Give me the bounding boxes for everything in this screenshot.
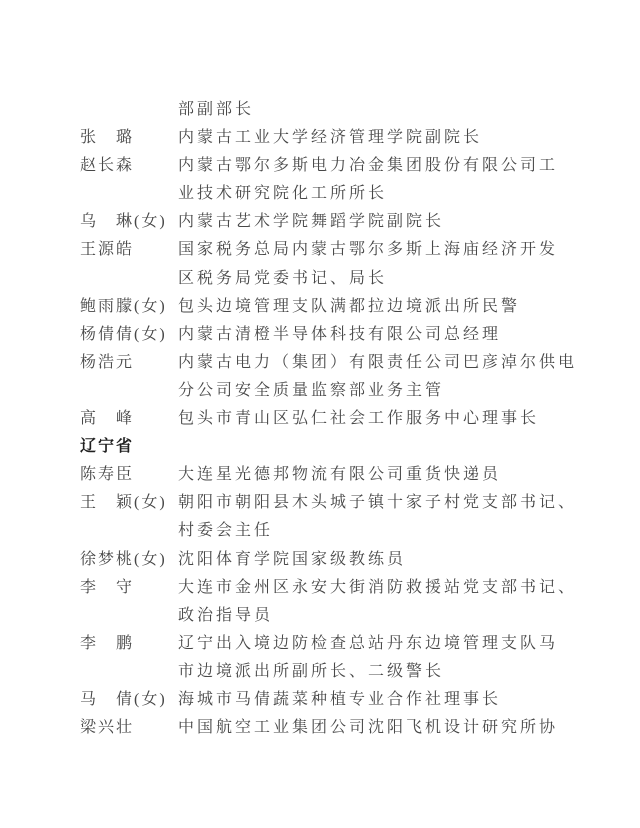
person-title-line: 政治指导员 (178, 602, 580, 630)
roster-row: 李 守 大连市金州区永安大街消防救援站党支部书记、政治指导员 (80, 574, 580, 630)
roster-row: 杨浩元 内蒙古电力（集团）有限责任公司巴彦淖尔供电分公司安全质量监察部业务主管 (80, 349, 580, 405)
person-title-line: 内蒙古电力（集团）有限责任公司巴彦淖尔供电 (178, 349, 580, 377)
roster-row: 部副部长 (80, 96, 580, 124)
person-title-line: 国家税务总局内蒙古鄂尔多斯上海庙经济开发 (178, 236, 580, 264)
person-title: 中国航空工业集团公司沈阳飞机设计研究所协 (178, 714, 580, 742)
person-name: 陈寿臣 (80, 461, 178, 489)
person-title-line: 沈阳体育学院国家级教练员 (178, 546, 580, 574)
person-title-line: 部副部长 (178, 96, 580, 124)
roster-row: 陈寿臣 大连星光德邦物流有限公司重货快递员 (80, 461, 580, 489)
person-title-line: 内蒙古清橙半导体科技有限公司总经理 (178, 321, 580, 349)
person-title: 沈阳体育学院国家级教练员 (178, 546, 580, 574)
roster-list: 部副部长 张 璐 内蒙古工业大学经济管理学院副院长 赵长森 内蒙古鄂尔多斯电力冶… (80, 96, 580, 742)
person-title-line: 大连市金州区永安大街消防救援站党支部书记、 (178, 574, 580, 602)
person-name: 李 守 (80, 574, 178, 602)
person-title: 海城市马倩蔬菜种植专业合作社理事长 (178, 686, 580, 714)
person-title: 部副部长 (178, 96, 580, 124)
roster-row: 梁兴壮 中国航空工业集团公司沈阳飞机设计研究所协 (80, 714, 580, 742)
person-title: 内蒙古鄂尔多斯电力冶金集团股份有限公司工业技术研究院化工所所长 (178, 152, 580, 208)
roster-row: 赵长森 内蒙古鄂尔多斯电力冶金集团股份有限公司工业技术研究院化工所所长 (80, 152, 580, 208)
person-title: 内蒙古电力（集团）有限责任公司巴彦淖尔供电分公司安全质量监察部业务主管 (178, 349, 580, 405)
person-name: 高 峰 (80, 405, 178, 433)
person-title: 内蒙古艺术学院舞蹈学院副院长 (178, 208, 580, 236)
roster-row: 高 峰 包头市青山区弘仁社会工作服务中心理事长 (80, 405, 580, 433)
roster-row: 徐梦桃(女) 沈阳体育学院国家级教练员 (80, 546, 580, 574)
person-name: 张 璐 (80, 124, 178, 152)
person-title-line: 包头市青山区弘仁社会工作服务中心理事长 (178, 405, 580, 433)
person-title: 包头市青山区弘仁社会工作服务中心理事长 (178, 405, 580, 433)
person-title-line: 分公司安全质量监察部业务主管 (178, 377, 580, 405)
roster-row: 马 倩(女) 海城市马倩蔬菜种植专业合作社理事长 (80, 686, 580, 714)
person-name: 杨浩元 (80, 349, 178, 377)
person-title: 大连星光德邦物流有限公司重货快递员 (178, 461, 580, 489)
roster-row: 王 颖(女) 朝阳市朝阳县木头城子镇十家子村党支部书记、村委会主任 (80, 489, 580, 545)
roster-row: 张 璐 内蒙古工业大学经济管理学院副院长 (80, 124, 580, 152)
person-title: 国家税务总局内蒙古鄂尔多斯上海庙经济开发区税务局党委书记、局长 (178, 236, 580, 292)
person-title-line: 中国航空工业集团公司沈阳飞机设计研究所协 (178, 714, 580, 742)
person-title-line: 内蒙古鄂尔多斯电力冶金集团股份有限公司工 (178, 152, 580, 180)
person-name: 赵长森 (80, 152, 178, 180)
person-title-line: 朝阳市朝阳县木头城子镇十家子村党支部书记、 (178, 489, 580, 517)
person-title-line: 市边境派出所副所长、二级警长 (178, 658, 580, 686)
person-title-line: 海城市马倩蔬菜种植专业合作社理事长 (178, 686, 580, 714)
person-title-line: 辽宁出入境边防检查总站丹东边境管理支队马 (178, 630, 580, 658)
person-title-line: 大连星光德邦物流有限公司重货快递员 (178, 461, 580, 489)
person-name: 徐梦桃(女) (80, 546, 178, 574)
person-title: 内蒙古清橙半导体科技有限公司总经理 (178, 321, 580, 349)
person-title-line: 业技术研究院化工所所长 (178, 180, 580, 208)
person-title: 大连市金州区永安大街消防救援站党支部书记、政治指导员 (178, 574, 580, 630)
person-name: 王源皓 (80, 236, 178, 264)
person-name: 李 鹏 (80, 630, 178, 658)
roster-row: 王源皓 国家税务总局内蒙古鄂尔多斯上海庙经济开发区税务局党委书记、局长 (80, 236, 580, 292)
person-title-line: 内蒙古艺术学院舞蹈学院副院长 (178, 208, 580, 236)
roster-row: 乌 琳(女) 内蒙古艺术学院舞蹈学院副院长 (80, 208, 580, 236)
person-title: 朝阳市朝阳县木头城子镇十家子村党支部书记、村委会主任 (178, 489, 580, 545)
person-title-line: 区税务局党委书记、局长 (178, 265, 580, 293)
person-title-line: 包头边境管理支队满都拉边境派出所民警 (178, 293, 580, 321)
person-title-line: 内蒙古工业大学经济管理学院副院长 (178, 124, 580, 152)
person-title: 辽宁出入境边防检查总站丹东边境管理支队马市边境派出所副所长、二级警长 (178, 630, 580, 686)
person-name: 乌 琳(女) (80, 208, 178, 236)
person-name: 马 倩(女) (80, 686, 178, 714)
person-title: 内蒙古工业大学经济管理学院副院长 (178, 124, 580, 152)
person-name: 王 颖(女) (80, 489, 178, 517)
person-name: 鲍雨朦(女) (80, 293, 178, 321)
document-page: 部副部长 张 璐 内蒙古工业大学经济管理学院副院长 赵长森 内蒙古鄂尔多斯电力冶… (0, 0, 640, 828)
person-title-line: 村委会主任 (178, 517, 580, 545)
province-header: 辽宁省 (80, 433, 580, 461)
roster-row: 李 鹏 辽宁出入境边防检查总站丹东边境管理支队马市边境派出所副所长、二级警长 (80, 630, 580, 686)
roster-row: 鲍雨朦(女) 包头边境管理支队满都拉边境派出所民警 (80, 293, 580, 321)
person-name: 杨倩倩(女) (80, 321, 178, 349)
person-title: 包头边境管理支队满都拉边境派出所民警 (178, 293, 580, 321)
person-name: 梁兴壮 (80, 714, 178, 742)
roster-row: 杨倩倩(女) 内蒙古清橙半导体科技有限公司总经理 (80, 321, 580, 349)
